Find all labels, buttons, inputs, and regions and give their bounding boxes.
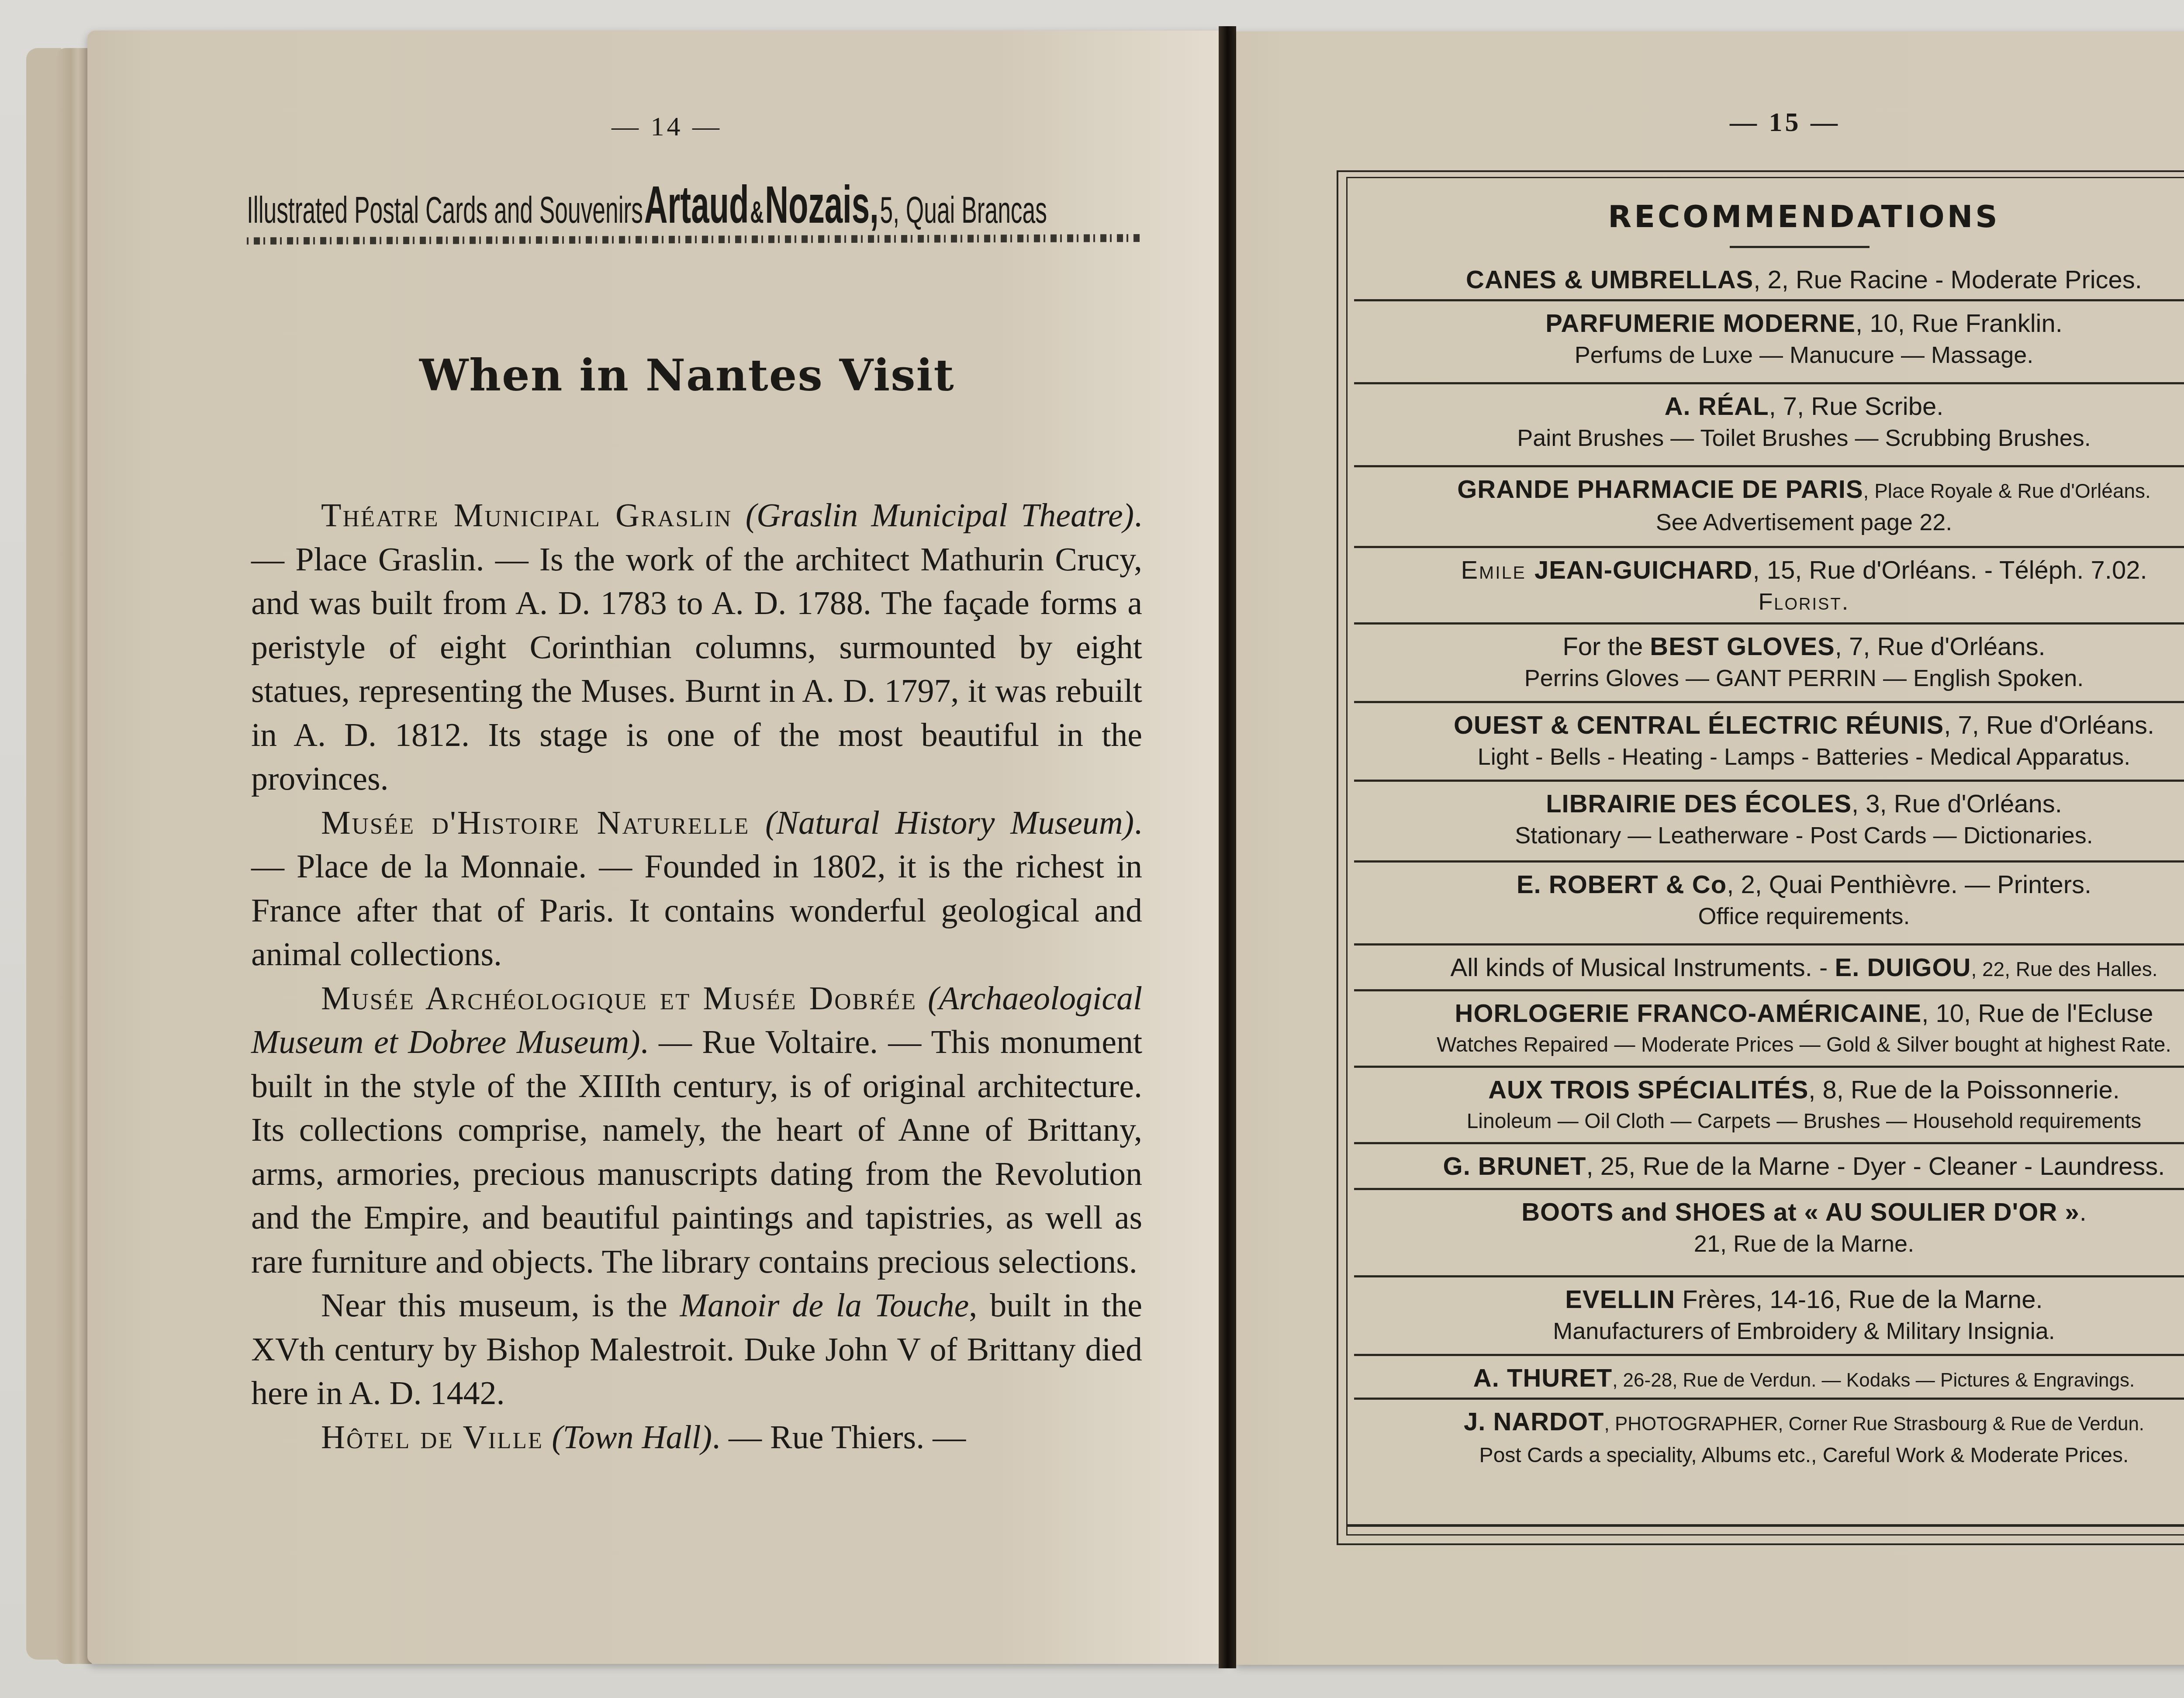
entry-subline: Light - Bells - Heating - Lamps - Batter…	[1354, 742, 2184, 772]
entry-trois-specialites: AUX TROIS SPÉCIALITÉS, 8, Rue de la Pois…	[1354, 1068, 2184, 1144]
entry-librairie: LIBRAIRIE DES ÉCOLES, 3, Rue d'Orléans. …	[1354, 782, 2184, 863]
running-header: Illustrated Postal Cards and Souvenirs A…	[247, 175, 802, 235]
entry-lead: Emile	[1461, 556, 1534, 584]
entry-name: JEAN-GUICHARD	[1534, 556, 1753, 584]
entry-detail: , PHOTOGRAPHER, Corner Rue Strasbourg & …	[1604, 1413, 2144, 1435]
paragraph-italic: (Natural History Museum)	[765, 804, 1134, 841]
entry-nardot: J. NARDOT, PHOTOGRAPHER, Corner Rue Stra…	[1354, 1400, 2184, 1485]
header-brand-1: Artaud	[644, 176, 749, 234]
entry-lead: All kinds of Musical Instruments. -	[1451, 953, 1835, 982]
entry-subline: Post Cards a speciality, Albums etc., Ca…	[1354, 1440, 2184, 1471]
entry-name: E. DUIGOU	[1835, 953, 1971, 982]
paragraph-italic: (Town Hall)	[552, 1419, 712, 1456]
paragraph-heading: Musée d'Histoire Naturelle	[321, 804, 750, 841]
paragraph-text: . — Place Graslin. — Is the work of the …	[251, 497, 1142, 797]
entry-detail: , 15, Rue d'Orléans. - Téléph. 7.02.	[1753, 556, 2147, 584]
entry-detail: , 7, Rue d'Orléans.	[1944, 711, 2154, 739]
entry-brunet: G. BRUNET, 25, Rue de la Marne - Dyer - …	[1354, 1144, 2184, 1190]
entry-name: A. THURET	[1473, 1364, 1612, 1392]
entry-name: OUEST & CENTRAL ÉLECTRIC RÉUNIS	[1454, 711, 1944, 739]
paragraph-heading: Théatre Municipal Graslin	[321, 497, 732, 534]
entry-detail: , 7, Rue d'Orléans.	[1835, 632, 2046, 661]
entry-detail: , 3, Rue d'Orléans.	[1852, 790, 2062, 818]
entry-soulier-dor: BOOTS and SHOES at « AU SOULIER D'OR ». …	[1354, 1190, 2184, 1277]
entry-subline: Office requirements.	[1354, 901, 2184, 932]
entry-name: BEST GLOVES	[1650, 632, 1835, 661]
entry-canes-umbrellas: CANES & UMBRELLAS, 2, Rue Racine - Moder…	[1354, 258, 2184, 301]
entry-name: HORLOGERIE FRANCO-AMÉRICAINE	[1455, 999, 1922, 1028]
entry-ouest-central: OUEST & CENTRAL ÉLECTRIC RÉUNIS, 7, Rue …	[1354, 703, 2184, 782]
entry-subline: Stationary — Leatherware - Post Cards — …	[1354, 820, 2184, 851]
box-bottom-rule	[1346, 1524, 2184, 1527]
page-title: When in Nantes Visit	[419, 349, 955, 401]
entry-subline: Perfums de Luxe — Manucure — Massage.	[1354, 340, 2184, 370]
entry-name: PARFUMERIE MODERNE	[1545, 309, 1856, 338]
booklet-page-edges	[57, 48, 92, 1664]
entry-robert: E. ROBERT & Co, 2, Quai Penthièvre. — Pr…	[1354, 863, 2184, 946]
page-number-left: — 14 —	[612, 111, 722, 142]
entry-subline: Florist.	[1354, 587, 2184, 617]
recommendations-title: RECOMMENDATIONS	[1345, 199, 2184, 235]
paragraph-theatre: Théatre Municipal Graslin (Graslin Munic…	[251, 494, 1142, 801]
entry-detail: , 2, Quai Penthièvre. — Printers.	[1727, 870, 2091, 899]
entry-subline: See Advertisement page 22.	[1354, 507, 2184, 538]
entry-subline: Paint Brushes — Toilet Brushes — Scrubbi…	[1354, 423, 2184, 453]
entry-detail: , 10, Rue Franklin.	[1856, 309, 2063, 338]
entry-name: CANES & UMBRELLAS	[1466, 266, 1753, 294]
entry-name: G. BRUNET	[1443, 1152, 1586, 1180]
entry-detail: , 25, Rue de la Marne - Dyer - Cleaner -…	[1586, 1152, 2165, 1180]
header-brand-amp: &	[750, 195, 764, 229]
entry-real: A. RÉAL, 7, Rue Scribe. Paint Brushes — …	[1354, 384, 2184, 467]
entry-name: A. RÉAL	[1665, 392, 1769, 421]
paragraph-lead: Near this museum, is the	[321, 1287, 680, 1324]
entry-detail: , 10, Rue de l'Ecluse	[1921, 999, 2153, 1028]
entry-detail: , 22, Rue des Halles.	[1971, 958, 2157, 980]
header-address: 5, Quai Brancas	[880, 189, 1047, 231]
paragraph-text: . — Rue Voltaire. — This monument built …	[251, 1024, 1142, 1280]
paragraph-heading: Hôtel de Ville	[321, 1419, 543, 1456]
entry-detail: , 2, Rue Racine - Moderate Prices.	[1753, 266, 2142, 294]
recommendations-list: CANES & UMBRELLAS, 2, Rue Racine - Moder…	[1354, 258, 2184, 1485]
entry-evellin: EVELLIN Frères, 14-16, Rue de la Marne. …	[1354, 1277, 2184, 1356]
title-underline	[1730, 246, 1870, 248]
article-body: Théatre Municipal Graslin (Graslin Munic…	[251, 494, 1142, 1459]
entry-detail: , Place Royale & Rue d'Orléans.	[1863, 480, 2151, 502]
entry-name: J. NARDOT	[1464, 1408, 1604, 1436]
entry-pharmacie: GRANDE PHARMACIE DE PARIS, Place Royale …	[1354, 467, 2184, 548]
entry-detail: .	[2080, 1198, 2087, 1226]
paragraph-town-hall: Hôtel de Ville (Town Hall). — Rue Thiers…	[251, 1415, 1142, 1460]
paragraph-text: . — Rue Thiers. —	[712, 1419, 966, 1456]
entry-subline: Linoleum — Oil Cloth — Carpets — Brushes…	[1354, 1106, 2184, 1137]
header-brand-2: Nozais,	[765, 176, 878, 234]
entry-subline: 21, Rue de la Marne.	[1354, 1229, 2184, 1259]
entry-detail: , 7, Rue Scribe.	[1769, 392, 1944, 421]
entry-thuret: A. THURET, 26-28, Rue de Verdun. — Kodak…	[1354, 1356, 2184, 1400]
entry-detail: , 8, Rue de la Poissonnerie.	[1808, 1076, 2120, 1104]
entry-gloves: For the BEST GLOVES, 7, Rue d'Orléans. P…	[1354, 625, 2184, 703]
paragraph-archaeological: Musée Archéologique et Musée Dobrée (Arc…	[251, 977, 1142, 1284]
entry-name: E. ROBERT & Co	[1517, 870, 1727, 899]
entry-detail: , 26-28, Rue de Verdun. — Kodaks — Pictu…	[1612, 1370, 2135, 1391]
page-number-right: — 15 —	[1730, 107, 1840, 138]
paragraph-italic: (Graslin Municipal Theatre)	[746, 497, 1134, 534]
entry-subline: Watches Repaired — Moderate Prices — Gol…	[1354, 1030, 2184, 1060]
entry-name: GRANDE PHARMACIE DE PARIS	[1457, 475, 1863, 504]
entry-subline: Manufacturers of Embroidery & Military I…	[1354, 1316, 2184, 1346]
entry-name: LIBRAIRIE DES ÉCOLES	[1546, 790, 1852, 818]
entry-name: AUX TROIS SPÉCIALITÉS	[1488, 1076, 1808, 1104]
paragraph-natural-history: Musée d'Histoire Naturelle (Natural Hist…	[251, 801, 1142, 977]
paragraph-heading: Musée Archéologique et Musée Dobrée	[321, 980, 917, 1017]
entry-lead: For the	[1562, 632, 1650, 661]
book-gutter	[1219, 26, 1236, 1668]
entry-name: BOOTS and SHOES at « AU SOULIER D'OR »	[1521, 1198, 2080, 1226]
entry-horlogerie: HORLOGERIE FRANCO-AMÉRICAINE, 10, Rue de…	[1354, 991, 2184, 1068]
header-prefix: Illustrated Postal Cards and Souvenirs	[247, 189, 643, 231]
entry-name: EVELLIN	[1565, 1285, 1675, 1314]
entry-parfumerie: PARFUMERIE MODERNE, 10, Rue Franklin. Pe…	[1354, 301, 2184, 384]
entry-subline: Perrins Gloves — GANT PERRIN — English S…	[1354, 663, 2184, 694]
paragraph-italic: Manoir de la Touche	[680, 1287, 969, 1324]
entry-detail: Frères, 14-16, Rue de la Marne.	[1675, 1285, 2042, 1314]
entry-jean-guichard: Emile JEAN-GUICHARD, 15, Rue d'Orléans. …	[1354, 548, 2184, 625]
paragraph-manoir: Near this museum, is the Manoir de la To…	[251, 1284, 1142, 1415]
booklet-cover-edge	[26, 48, 61, 1660]
entry-duigou: All kinds of Musical Instruments. - E. D…	[1354, 946, 2184, 991]
